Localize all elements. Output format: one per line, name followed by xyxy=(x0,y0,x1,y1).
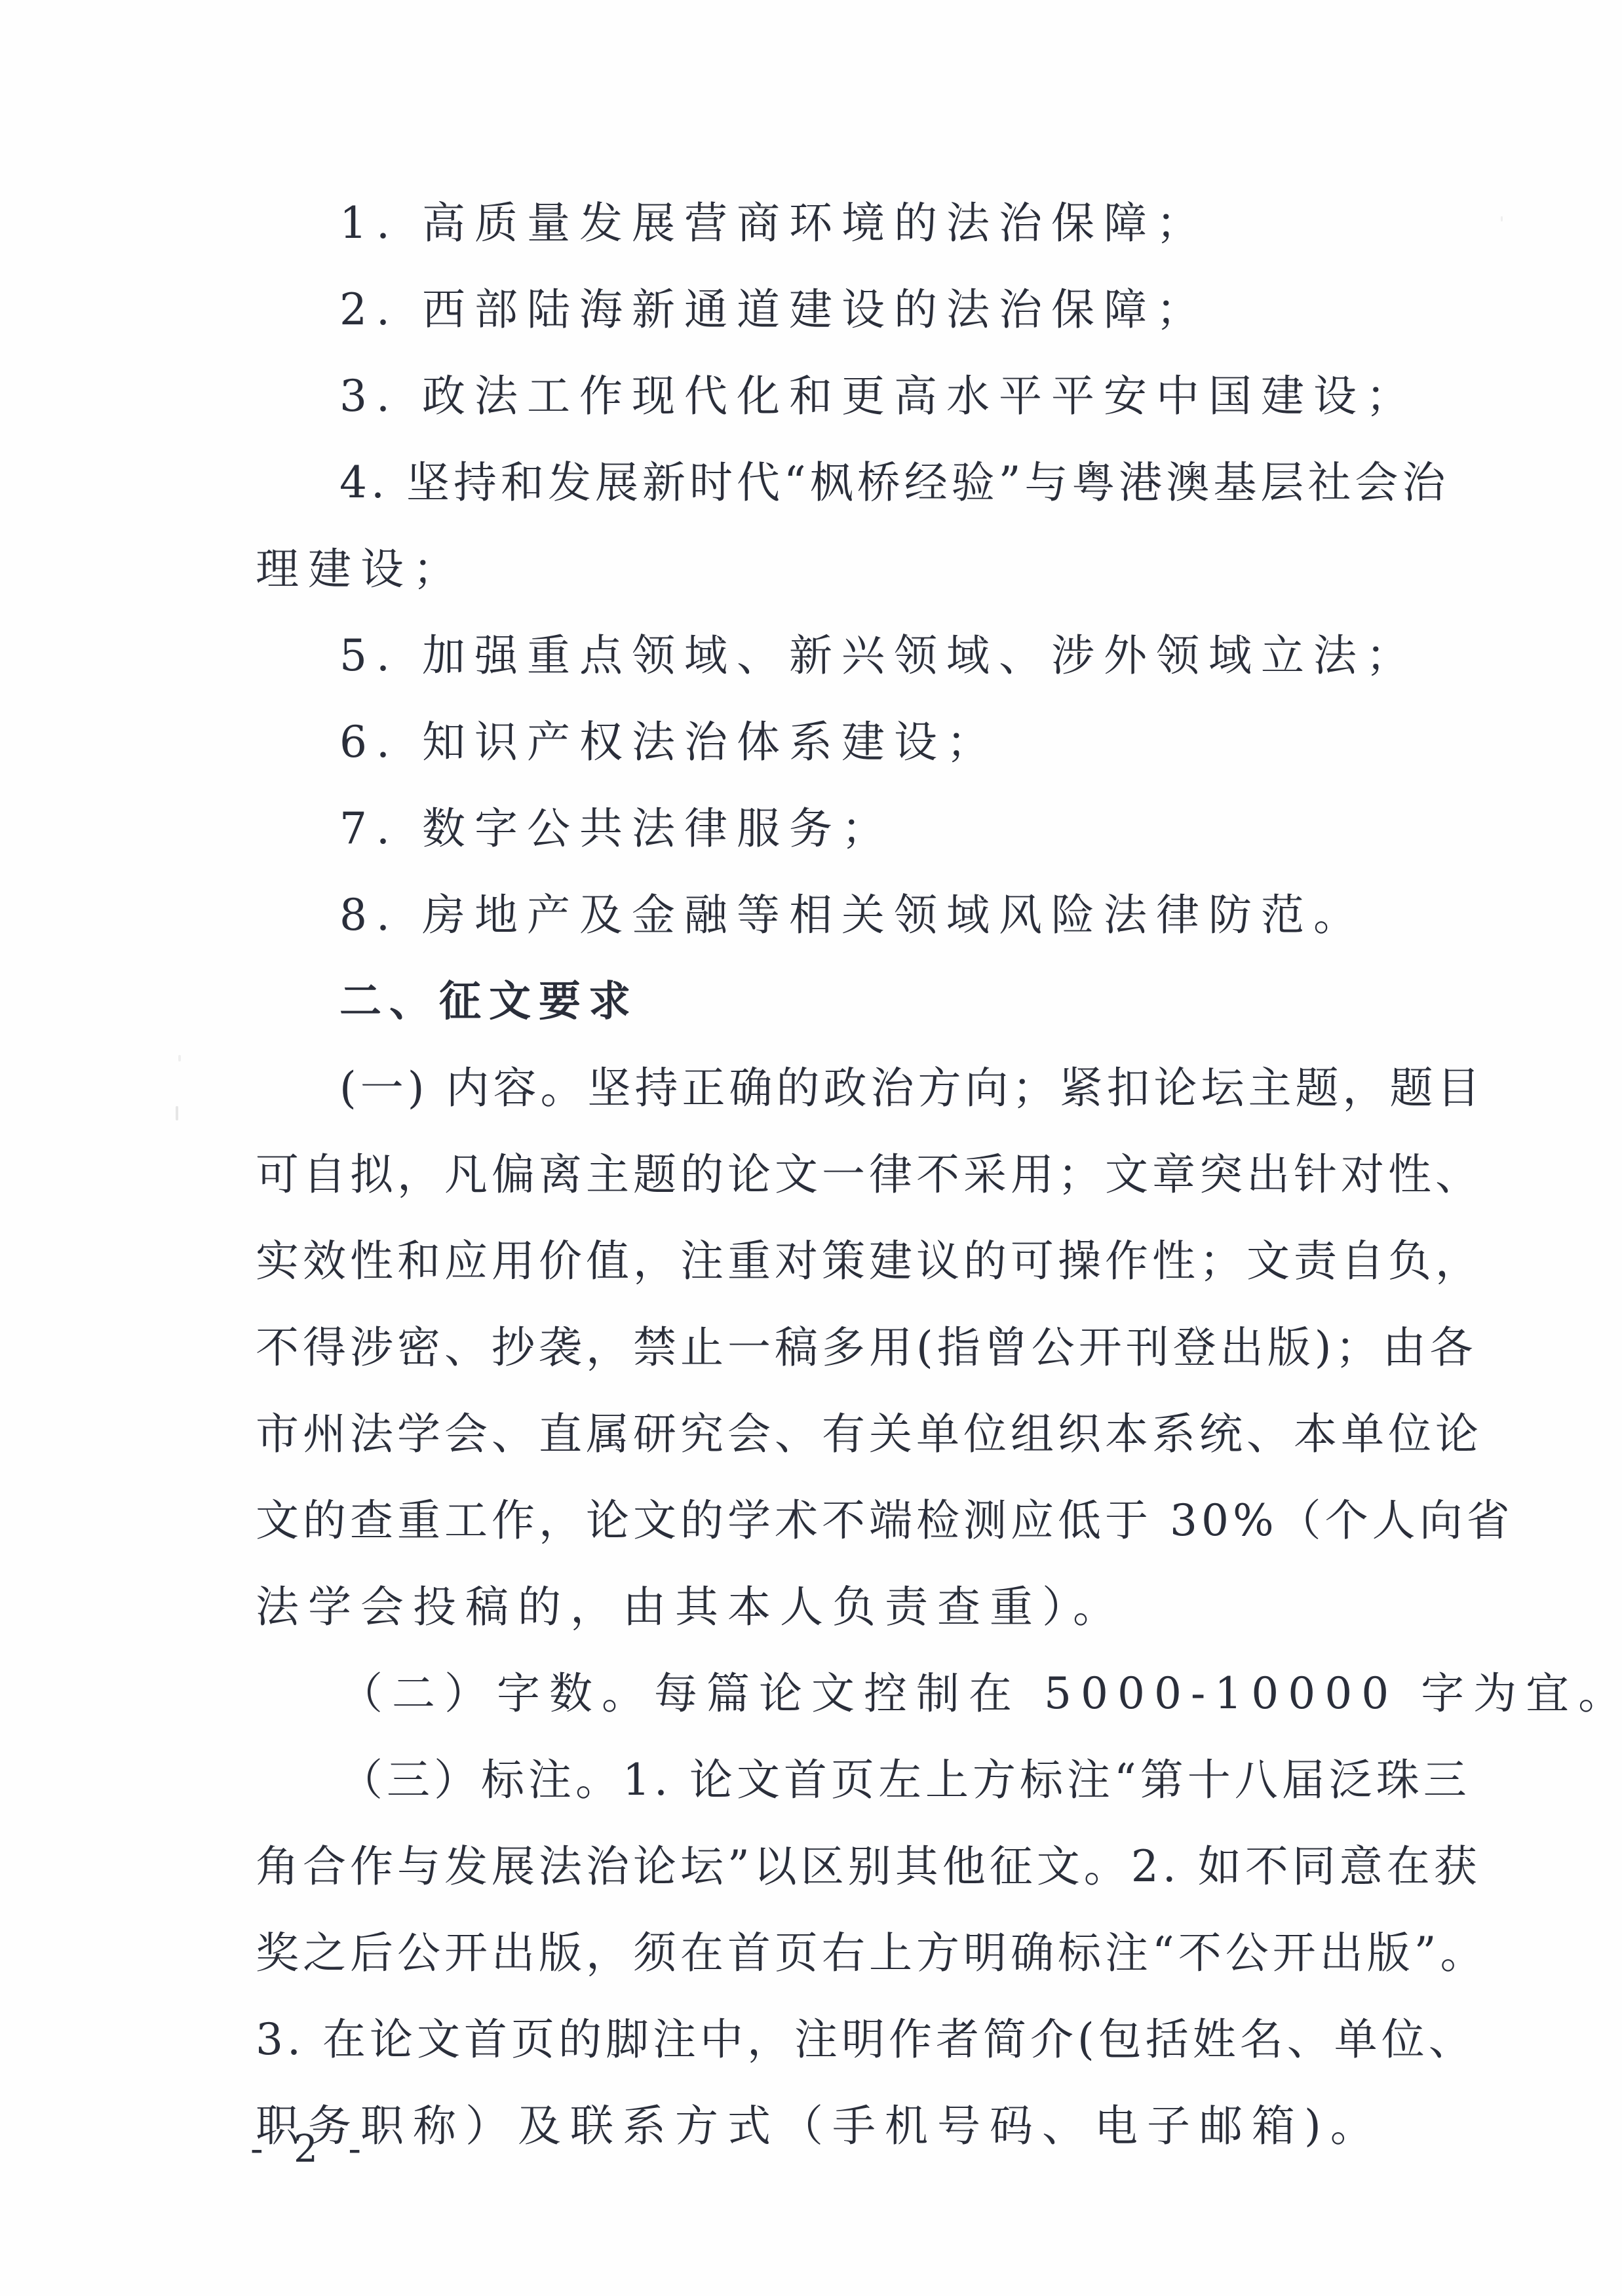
paragraph-line: 实效性和应用价值，注重对策建议的可操作性；文责自负， xyxy=(256,1232,1380,1318)
scan-artifact xyxy=(176,1106,178,1120)
document-page: 1. 高质量发展营商环境的法治保障； 2. 西部陆海新通道建设的法治保障； 3.… xyxy=(0,0,1622,2296)
scan-artifact xyxy=(1501,216,1503,221)
paragraph-line: 可自拟，凡偏离主题的论文一律不采用；文章突出针对性、 xyxy=(256,1145,1380,1232)
paragraph-line: （三）标注。1. 论文首页左上方标注“第十八届泛珠三 xyxy=(256,1751,1380,1837)
section-heading: 二、征文要求 xyxy=(256,972,1380,1059)
paragraph-line: (一) 内容。坚持正确的政治方向；紧扣论坛主题，题目 xyxy=(256,1059,1380,1145)
topic-item: 2. 西部陆海新通道建设的法治保障； xyxy=(256,280,1380,367)
topic-item: 5. 加强重点领域、新兴领域、涉外领域立法； xyxy=(256,626,1380,713)
paragraph-line: 不得涉密、抄袭，禁止一稿多用(指曾公开刊登出版)；由各 xyxy=(256,1318,1380,1405)
document-body: 1. 高质量发展营商环境的法治保障； 2. 西部陆海新通道建设的法治保障； 3.… xyxy=(256,194,1380,2183)
topic-item: 6. 知识产权法治体系建设； xyxy=(256,713,1380,799)
topic-item: 3. 政法工作现代化和更高水平平安中国建设； xyxy=(256,367,1380,453)
scan-artifact xyxy=(178,1055,181,1062)
paragraph-line: 市州法学会、直属研究会、有关单位组织本系统、本单位论 xyxy=(256,1405,1380,1491)
content-paragraph: (一) 内容。坚持正确的政治方向；紧扣论坛主题，题目 可自拟，凡偏离主题的论文一… xyxy=(256,1059,1380,1664)
paragraph-line: 角合作与发展法治论坛”以区别其他征文。2. 如不同意在获 xyxy=(256,1837,1380,1924)
paragraph-line: 3. 在论文首页的脚注中，注明作者简介(包括姓名、单位、 xyxy=(256,2010,1380,2097)
page-number: - 2 - xyxy=(250,2126,370,2171)
paragraph-line: 法学会投稿的，由其本人负责查重）。 xyxy=(256,1578,1380,1664)
topic-item: 8. 房地产及金融等相关领域风险法律防范。 xyxy=(256,886,1380,972)
paragraph-line: 职务职称）及联系方式（手机号码、电子邮箱)。 xyxy=(256,2097,1380,2183)
topic-item-continuation: 理建设； xyxy=(256,540,1380,626)
paragraph-line: 奖之后公开出版，须在首页右上方明确标注“不公开出版”。 xyxy=(256,1924,1380,2010)
word-count-paragraph: （二）字数。每篇论文控制在 5000-10000 字为宜。 xyxy=(256,1664,1380,1751)
topic-item: 4. 坚持和发展新时代“枫桥经验”与粤港澳基层社会治 xyxy=(256,453,1380,540)
topic-item: 7. 数字公共法律服务； xyxy=(256,799,1380,886)
annotation-paragraph: （三）标注。1. 论文首页左上方标注“第十八届泛珠三 角合作与发展法治论坛”以区… xyxy=(256,1751,1380,2183)
paragraph-line: 文的查重工作，论文的学术不端检测应低于 30%（个人向省 xyxy=(256,1491,1380,1578)
topic-item: 1. 高质量发展营商环境的法治保障； xyxy=(256,194,1380,280)
topics-list: 1. 高质量发展营商环境的法治保障； 2. 西部陆海新通道建设的法治保障； 3.… xyxy=(256,194,1380,972)
